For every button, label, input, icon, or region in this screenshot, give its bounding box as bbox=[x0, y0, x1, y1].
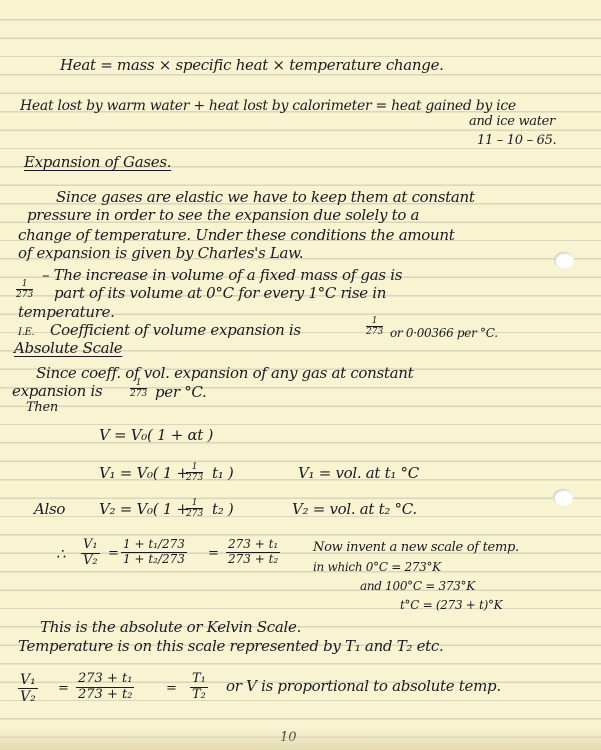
compound-fraction: 1 + t₁/2731 + t₂/273 bbox=[121, 538, 187, 567]
also-label: Also bbox=[34, 500, 65, 518]
equals: = bbox=[166, 681, 177, 696]
new-scale-note: t°C = (273 + t)°K bbox=[400, 598, 502, 612]
heat-formula: Heat = mass × specific heat × temperatur… bbox=[60, 56, 444, 74]
paragraph-line: Since gases are elastic we have to keep … bbox=[56, 188, 475, 206]
absolute-line: expansion is bbox=[12, 382, 102, 400]
new-scale-note: in which 0°C = 273°K bbox=[313, 560, 441, 574]
equals: = bbox=[208, 546, 219, 561]
date: 11 – 10 – 65. bbox=[477, 133, 556, 148]
fraction: 1273 bbox=[130, 378, 147, 400]
absolute-line: Since coeff. of vol. expansion of any ga… bbox=[36, 364, 413, 382]
heading-expansion-of-gases: Expansion of Gases. bbox=[24, 153, 171, 171]
charles-law-line: part of its volume at 0°C for every 1°C … bbox=[54, 284, 386, 302]
heat-balance-line: Heat lost by warm water + heat lost by c… bbox=[20, 98, 516, 114]
paragraph-line: of expansion is given by Charles's Law. bbox=[18, 244, 303, 262]
equation-v2: V₂ = V₀( 1 + bbox=[99, 500, 189, 518]
page-number: 10 bbox=[280, 730, 297, 745]
kelvin-scale-line: This is the absolute or Kelvin Scale. bbox=[40, 618, 301, 636]
heading-absolute-scale: Absolute Scale bbox=[14, 339, 122, 357]
equals: = bbox=[108, 546, 119, 561]
paragraph-line: change of temperature. Under these condi… bbox=[18, 226, 454, 244]
equation-v1-end: t₁ ) bbox=[212, 464, 233, 482]
v1-definition: V₁ = vol. at t₁ °C bbox=[298, 464, 419, 482]
equation-v1: V₁ = V₀( 1 + bbox=[99, 464, 189, 482]
simplified-fraction: 273 + t₁273 + t₂ bbox=[226, 538, 280, 567]
fraction: 1273 bbox=[186, 498, 203, 520]
then-label: Then bbox=[26, 400, 58, 415]
fraction: 1273 bbox=[366, 316, 383, 338]
equation-v2-end: t₂ ) bbox=[212, 500, 233, 518]
ie-label: I.E. bbox=[18, 327, 34, 338]
coefficient-value: or 0·00366 per °C. bbox=[390, 326, 498, 340]
final-ratio: V₁V₂ bbox=[18, 672, 38, 705]
new-scale-note: Now invent a new scale of temp. bbox=[313, 540, 519, 555]
charles-law-line: – The increase in volume of a fixed mass… bbox=[42, 266, 402, 284]
v2-definition: V₂ = vol. at t₂ °C. bbox=[292, 500, 417, 518]
charles-law-line: temperature. bbox=[18, 303, 115, 321]
therefore-symbol: ∴ bbox=[56, 545, 65, 563]
fraction: 1273 bbox=[16, 279, 33, 301]
paragraph-line: pressure in order to see the expansion d… bbox=[27, 206, 419, 224]
equation-v: V = V₀( 1 + αt ) bbox=[99, 426, 213, 444]
ratio-v1-v2: V₁V₂ bbox=[81, 538, 100, 569]
punch-hole bbox=[553, 489, 573, 506]
equals: = bbox=[58, 681, 69, 696]
punch-hole bbox=[554, 252, 574, 269]
heat-balance-continued: and ice water bbox=[469, 114, 555, 129]
fraction: 1273 bbox=[186, 462, 203, 484]
coefficient-line: Coefficient of volume expansion is bbox=[50, 321, 301, 339]
new-scale-note: and 100°C = 373°K bbox=[360, 579, 475, 593]
proportional-conclusion: or V is proportional to absolute temp. bbox=[226, 677, 501, 695]
temperature-representation-line: Temperature is on this scale represented… bbox=[18, 637, 443, 655]
final-mid-fraction: 273 + t₁273 + t₂ bbox=[76, 672, 134, 703]
final-t-fraction: T₁T₂ bbox=[190, 672, 208, 703]
absolute-line: per °C. bbox=[155, 383, 207, 401]
notebook-page: Heat = mass × specific heat × temperatur… bbox=[0, 0, 601, 750]
